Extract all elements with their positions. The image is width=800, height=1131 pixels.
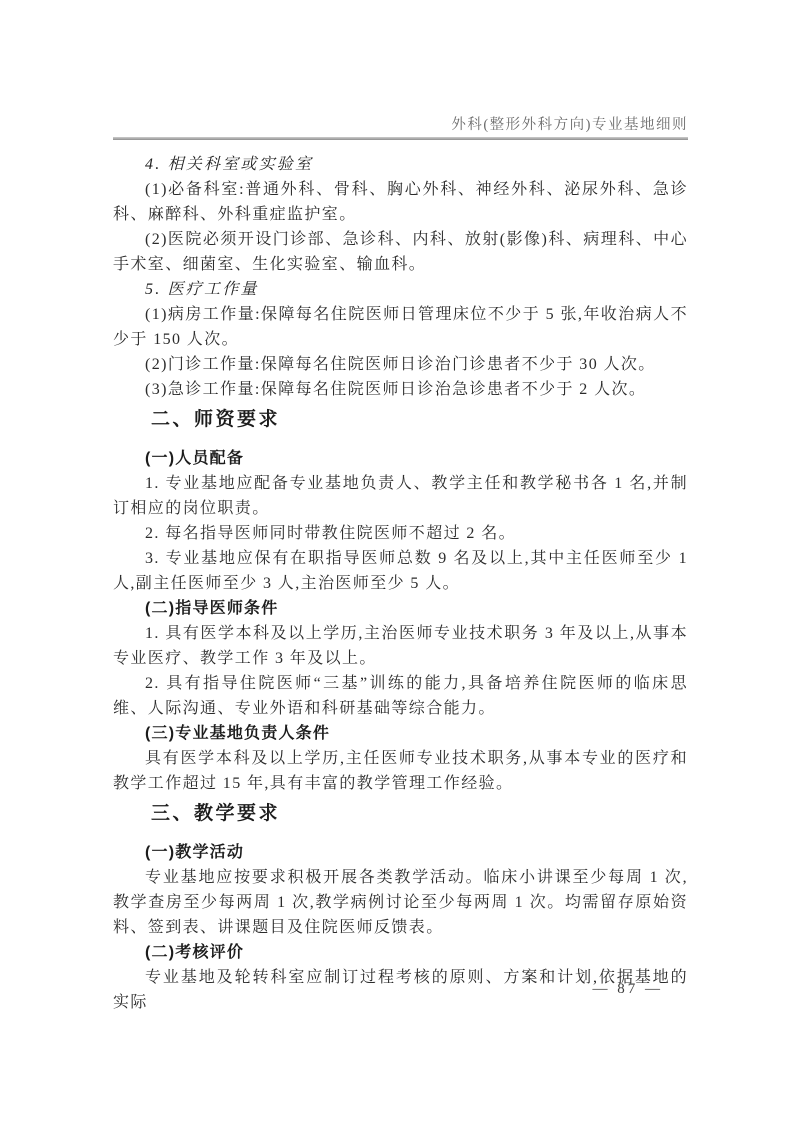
page-number: — 87 — <box>113 981 688 998</box>
paragraph-required-departments: (1)必备科室:普通外科、骨科、胸心外科、神经外科、泌尿外科、急诊科、麻醉科、外… <box>113 177 688 227</box>
item-heading-related-departments: 4. 相关科室或实验室 <box>113 152 688 177</box>
subheading-staffing: (一)人员配备 <box>113 446 688 471</box>
paragraph-staffing-2: 2. 每名指导医师同时带教住院医师不超过 2 名。 <box>113 521 688 546</box>
paragraph-outpatient-workload: (2)门诊工作量:保障每名住院医师日诊治门诊患者不少于 30 人次。 <box>113 352 688 377</box>
page-content: 4. 相关科室或实验室 (1)必备科室:普通外科、骨科、胸心外科、神经外科、泌尿… <box>113 152 688 1015</box>
paragraph-teaching-activities: 专业基地应按要求积极开展各类教学活动。临床小讲课至少每周 1 次,教学查房至少每… <box>113 865 688 940</box>
section-heading-teaching-requirements: 三、教学要求 <box>113 800 688 828</box>
subheading-assessment-evaluation: (二)考核评价 <box>113 940 688 965</box>
paragraph-staffing-3: 3. 专业基地应保有在职指导医师总数 9 名及以上,其中主任医师至少 1 人,副… <box>113 546 688 596</box>
paragraph-emergency-workload: (3)急诊工作量:保障每名住院医师日诊治急诊患者不少于 2 人次。 <box>113 377 688 402</box>
paragraph-supervisor-1: 1. 具有医学本科及以上学历,主治医师专业技术职务 3 年及以上,从事本专业医疗… <box>113 621 688 671</box>
paragraph-ward-workload: (1)病房工作量:保障每名住院医师日管理床位不少于 5 张,年收治病人不少于 1… <box>113 302 688 352</box>
document-page: 外科(整形外科方向)专业基地细则 4. 相关科室或实验室 (1)必备科室:普通外… <box>0 0 800 1131</box>
paragraph-base-director: 具有医学本科及以上学历,主任医师专业技术职务,从事本专业的医疗和教学工作超过 1… <box>113 746 688 796</box>
paragraph-supervisor-2: 2. 具有指导住院医师“三基”训练的能力,具备培养住院医师的临床思维、人际沟通、… <box>113 671 688 721</box>
paragraph-staffing-1: 1. 专业基地应配备专业基地负责人、教学主任和教学秘书各 1 名,并制订相应的岗… <box>113 471 688 521</box>
paragraph-hospital-departments: (2)医院必须开设门诊部、急诊科、内科、放射(影像)科、病理科、中心手术室、细菌… <box>113 227 688 277</box>
section-heading-faculty-requirements: 二、师资要求 <box>113 406 688 434</box>
running-header: 外科(整形外科方向)专业基地细则 <box>113 113 688 134</box>
header-rule <box>113 137 688 140</box>
subheading-supervisor-conditions: (二)指导医师条件 <box>113 596 688 621</box>
subheading-base-director-conditions: (三)专业基地负责人条件 <box>113 721 688 746</box>
subheading-teaching-activities: (一)教学活动 <box>113 840 688 865</box>
item-heading-medical-workload: 5. 医疗工作量 <box>113 277 688 302</box>
